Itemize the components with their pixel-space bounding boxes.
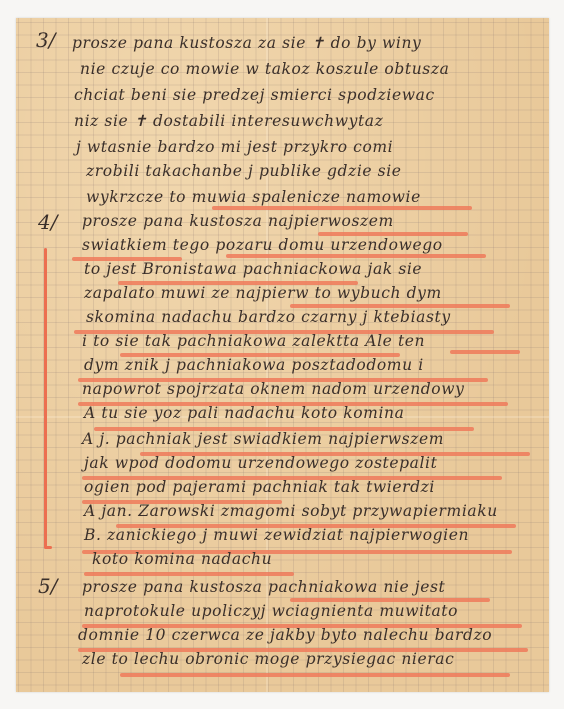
text-line: zle to lechu obronic moge przysiegac nie… bbox=[82, 652, 454, 668]
text-line: j wtasnie bardzo mi jest przykro comi bbox=[76, 140, 393, 156]
text-line: naprotokule upoliczyj wciagnienta muwita… bbox=[84, 604, 458, 620]
text-line: zrobili takachanbe j publike gdzie sie bbox=[86, 164, 402, 180]
text-line: zapalato muwi ze najpierw to wybuch dym bbox=[84, 286, 442, 302]
red-underline bbox=[450, 350, 520, 354]
text-line: koto komina nadachu bbox=[92, 552, 272, 568]
text-line: to jest Bronistawa pachniackowa jak sie bbox=[84, 262, 422, 278]
text-line: ogien pod pajerami pachniak tak twierdzi bbox=[84, 480, 435, 496]
red-underline bbox=[120, 673, 510, 677]
text-line: nie czuje co mowie w takoz koszule obtus… bbox=[80, 62, 449, 78]
text-line: B. zanickiego j muwi zewidziat najpierwo… bbox=[84, 528, 469, 544]
text-line: A jan. Zarowski zmagomi sobyt przywapier… bbox=[84, 504, 498, 520]
text-line: wykrzcze to muwia spalenicze namowie bbox=[86, 190, 421, 206]
text-line: A tu sie yoz pali nadachu koto komina bbox=[84, 406, 404, 422]
text-line: napowrot spojrzata oknem nadom urzendowy bbox=[82, 382, 464, 398]
text-line: prosze pana kustosza pachniakowa nie jes… bbox=[82, 580, 445, 596]
text-line: niz sie ✝ dostabili interesuwchwytaz bbox=[74, 114, 383, 130]
text-line: skomina nadachu bardzo czarny j ktebiast… bbox=[86, 310, 451, 326]
red-underline bbox=[212, 206, 472, 210]
red-margin-bracket-foot bbox=[44, 546, 52, 549]
red-underline bbox=[84, 572, 294, 576]
text-line: domnie 10 czerwca ze jakby byto nalechu … bbox=[78, 628, 492, 644]
text-line: prosze pana kustosza najpierwoszem bbox=[82, 214, 394, 230]
text-line: jak wpod dodomu urzendowego zostepalit bbox=[84, 456, 437, 472]
section-number-4: 4/ bbox=[38, 212, 57, 232]
text-line: A j. pachniak jest swiadkiem najpierwsze… bbox=[82, 432, 444, 448]
text-line: swiatkiem tego pozaru domu urzendowego bbox=[82, 238, 443, 254]
text-line: i to sie tak pachniakowa zalektta Ale te… bbox=[82, 334, 425, 350]
section-number-5: 5/ bbox=[38, 576, 57, 596]
text-line: dym znik j pachniakowa posztadodomu i bbox=[84, 358, 424, 374]
section-number-3: 3/ bbox=[36, 30, 55, 50]
red-underline bbox=[226, 254, 486, 258]
text-line: chciat beni sie predzej smierci spodziew… bbox=[74, 88, 435, 104]
text-line: prosze pana kustosza za sie ✝ do by winy bbox=[72, 36, 421, 52]
red-margin-bracket bbox=[44, 248, 47, 548]
